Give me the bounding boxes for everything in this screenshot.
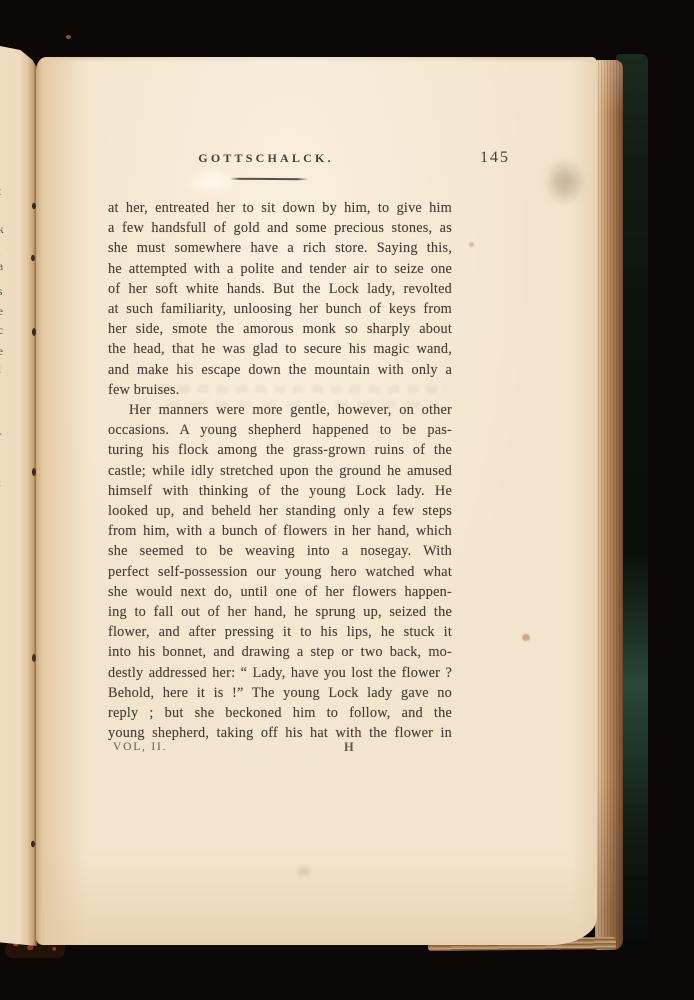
text-line: into his bonnet, and drawing a step or t…	[108, 642, 452, 662]
paper-blemish	[186, 169, 238, 195]
fore-edge-pages	[595, 60, 623, 950]
text-line: the head, that he was glad to secure his…	[108, 339, 452, 359]
edge-letter-fragment: s	[0, 286, 2, 298]
edge-letter-fragment: a	[0, 261, 3, 273]
text-line: Her manners were more gentle, however, o…	[108, 400, 452, 420]
edge-letter-fragment: :	[0, 477, 1, 489]
text-line: looked up, and beheld her standing only …	[108, 501, 452, 521]
text-line: castle; while idly stretched upon the gr…	[108, 461, 452, 481]
edge-letter-fragment: ,	[0, 246, 1, 258]
edge-letter-fragment: t	[0, 186, 1, 198]
text-line: he attempted with a polite and tender ai…	[108, 259, 452, 279]
text-line: and make his escape down the mountain wi…	[108, 360, 452, 380]
text-line: from him, with a bunch of flowers in her…	[108, 521, 452, 541]
volume-label: VOL, II.	[113, 741, 167, 753]
text-line: destly addressed her: “ Lady, have you l…	[108, 663, 452, 683]
edge-letter-fragment: e	[0, 306, 3, 318]
foxing-spot	[469, 242, 474, 247]
text-line: reply ; but she beckoned him to follow, …	[108, 703, 452, 723]
text-line: she would next do, until one of her flow…	[108, 582, 452, 602]
page-text: at her, entreated her to sit down by him…	[108, 198, 452, 743]
header-rule	[230, 178, 308, 181]
book-photograph: GOTTSCHALCK. 145 at her, entreated her t…	[0, 0, 694, 1000]
text-line: flower, and after pressing it to his lip…	[108, 622, 452, 642]
page-number: 145	[480, 149, 510, 167]
margin-smudge	[543, 157, 587, 207]
foxing-spot	[298, 867, 310, 876]
text-line: a few handsfull of gold and some preciou…	[108, 218, 452, 238]
text-line: himself with thinking of the young Lock …	[108, 481, 452, 501]
running-title: GOTTSCHALCK.	[198, 151, 333, 166]
edge-letter-fragment: e	[0, 346, 3, 358]
edge-letter-fragment: -	[0, 428, 2, 440]
book-page: GOTTSCHALCK. 145 at her, entreated her t…	[36, 57, 597, 945]
text-line: she seemed to be weaving into a nosegay.…	[108, 541, 452, 561]
text-line: at such familiarity, unloosing her bunch…	[108, 299, 452, 319]
text-line: few bruises.	[108, 380, 452, 400]
text-line: at her, entreated her to sit down by him…	[108, 198, 452, 218]
edge-letter-fragment: k	[0, 224, 4, 236]
text-line: turing his flock among the grass-grown r…	[108, 440, 452, 460]
text-line: occasions. A young shepherd happened to …	[108, 420, 452, 440]
text-line: ing to fall out of her hand, he sprung u…	[108, 602, 452, 622]
opposite-page-text-fragments: tk,asecel.-:	[0, 0, 14, 1000]
text-line: of her soft white hands. But the Lock la…	[108, 279, 452, 299]
foxing-spot	[522, 634, 530, 641]
dust-speck	[66, 35, 71, 39]
edge-letter-fragment: l	[0, 364, 1, 376]
edge-letter-fragment: c	[0, 325, 3, 337]
text-line: Behold, here it is !” The young Lock lad…	[108, 683, 452, 703]
text-line: she must somewhere have a rich store. Sa…	[108, 238, 452, 258]
page-header: GOTTSCHALCK. 145	[108, 149, 452, 167]
edge-letter-fragment: .	[0, 385, 1, 397]
text-line: her side, smote the amorous monk so shar…	[108, 319, 452, 339]
signature-mark: H	[344, 740, 354, 755]
text-line: perfect self-possession our young hero w…	[108, 562, 452, 582]
